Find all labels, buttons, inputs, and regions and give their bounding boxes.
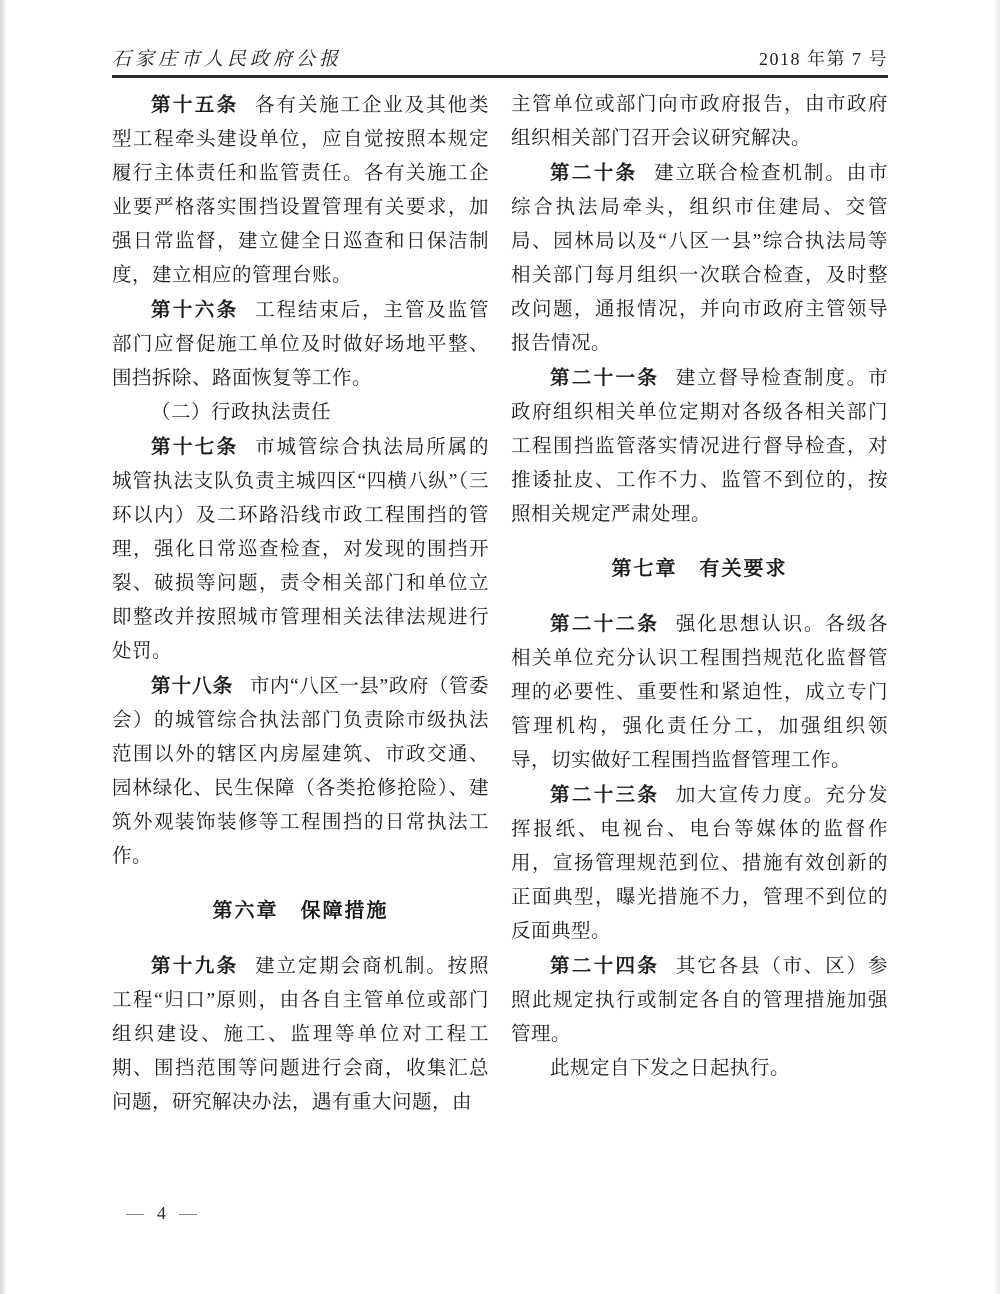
paragraph: （二）行政执法责任 <box>112 396 489 430</box>
gazette-page: 石家庄市人民政府公报 2018 年第 7 号 第十五条各有关施工企业及其他类型工… <box>0 0 1000 1294</box>
journal-title: 石家庄市人民政府公报 <box>112 44 342 71</box>
paragraph: 第二十四条其它各县（市、区）参照此规定执行或制定各自的管理措施加强管理。 <box>511 949 888 1052</box>
page-footer: — 4 — <box>126 1203 197 1224</box>
paragraph: 第十九条建立定期会商机制。按照工程“归口”原则，由各自主管单位或部门组织建设、施… <box>112 949 489 1120</box>
paragraph: 第二十三条加大宣传力度。充分发挥报纸、电视台、电台等媒体的监督作用，宣扬管理规范… <box>511 778 888 949</box>
paragraph: 主管单位或部门向市政府报告，由市政府组织相关部门召开会议研究解决。 <box>511 88 888 156</box>
paragraph: 第十六条工程结束后，主管及监管部门应督促施工单位及时做好场地平整、围挡拆除、路面… <box>112 293 489 396</box>
paragraph: 第二十二条强化思想认识。各级各相关单位充分认识工程围挡规范化监督管理的必要性、重… <box>511 607 888 778</box>
paragraph: 第十五条各有关施工企业及其他类型工程牵头建设单位，应自觉按照本规定履行主体责任和… <box>112 88 489 293</box>
article-number: 第十六条 <box>151 299 239 321</box>
article-number: 第十七条 <box>151 436 239 458</box>
right-column: 主管单位或部门向市政府报告，由市政府组织相关部门召开会议研究解决。第二十条建立联… <box>511 88 888 1120</box>
article-number: 第十八条 <box>151 675 233 697</box>
paragraph: 此规定自下发之日起执行。 <box>511 1052 888 1086</box>
article-number: 第二十四条 <box>550 955 659 977</box>
article-number: 第二十二条 <box>550 613 659 635</box>
issue-number: 2018 年第 7 号 <box>759 45 888 71</box>
footer-dash-right: — <box>179 1203 197 1224</box>
footer-dash-left: — <box>126 1203 144 1224</box>
chapter-heading: 第七章 有关要求 <box>511 552 888 586</box>
left-column: 第十五条各有关施工企业及其他类型工程牵头建设单位，应自觉按照本规定履行主体责任和… <box>112 88 489 1120</box>
paragraph: 第二十一条建立督导检查制度。市政府组织相关单位定期对各级各相关部门工程围挡监管落… <box>511 361 888 532</box>
chapter-heading: 第六章 保障措施 <box>112 894 489 928</box>
article-number: 第十五条 <box>151 94 239 116</box>
article-number: 第十九条 <box>151 955 239 977</box>
article-number: 第二十一条 <box>550 367 659 389</box>
paragraph: 第十七条市城管综合执法局所属的城管执法支队负责主城四区“四横八纵”（三环以内）及… <box>112 430 489 669</box>
document-body: 第十五条各有关施工企业及其他类型工程牵头建设单位，应自觉按照本规定履行主体责任和… <box>112 88 888 1120</box>
paragraph: 第二十条建立联合检查机制。由市综合执法局牵头，组织市住建局、交管局、园林局以及“… <box>511 156 888 361</box>
article-number: 第二十条 <box>550 162 638 184</box>
header-rule <box>112 75 888 78</box>
page-header: 石家庄市人民政府公报 2018 年第 7 号 <box>112 44 888 71</box>
article-number: 第二十三条 <box>550 784 659 806</box>
page-number: 4 <box>157 1203 166 1224</box>
paragraph: 第十八条市内“八区一县”政府（管委会）的城管综合执法部门负责除市级执法范围以外的… <box>112 669 489 874</box>
